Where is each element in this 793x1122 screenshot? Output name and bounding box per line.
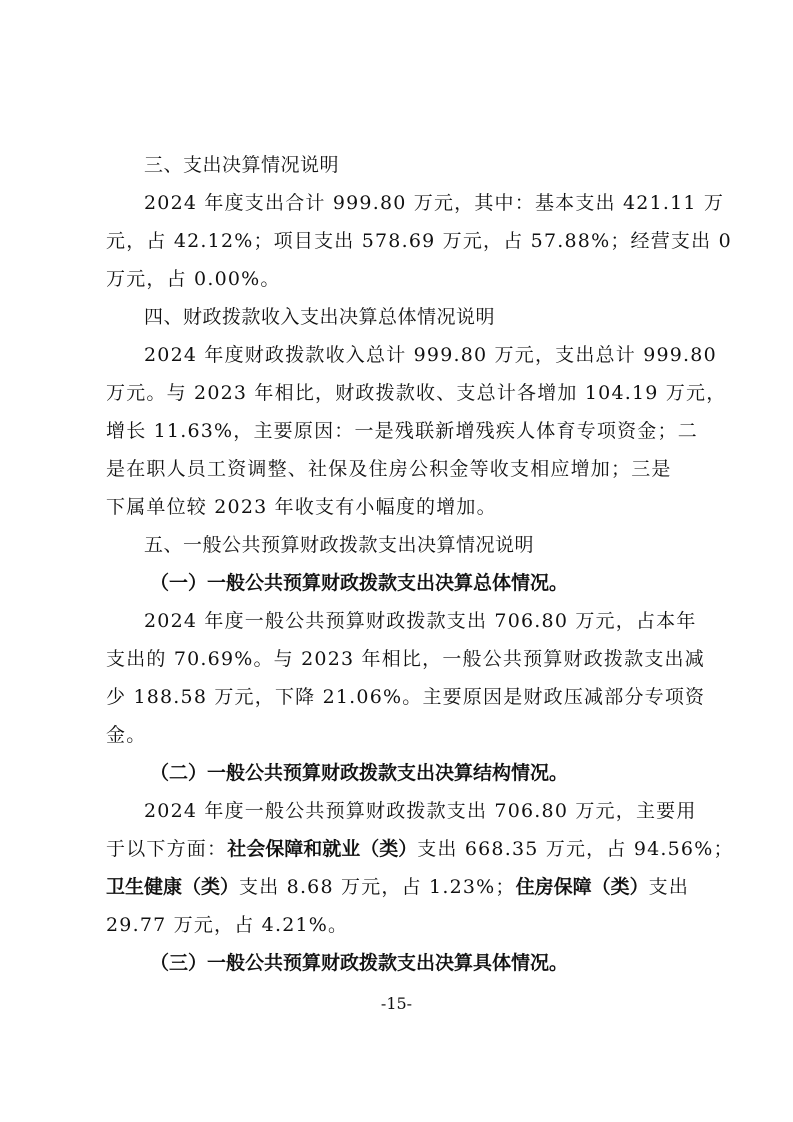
text-run: 支出 8.68 万元，占 1.23%； <box>239 876 516 898</box>
text-run: 于以下方面： <box>106 838 227 860</box>
paragraph-line: 2024 年度一般公共预算财政拨款支出 706.80 万元，主要用 <box>106 792 721 830</box>
paragraph-line: 29.77 万元，占 4.21%。 <box>106 906 721 944</box>
text-run: 支出 668.35 万元，占 94.56%； <box>417 838 733 860</box>
paragraph-line: 于以下方面：社会保障和就业（类）支出 668.35 万元，占 94.56%； <box>106 830 721 868</box>
paragraph-line: 支出的 70.69%。与 2023 年相比，一般公共预算财政拨款支出减 <box>106 640 721 678</box>
paragraph-line: 金。 <box>106 716 721 754</box>
paragraph-line: 少 188.58 万元，下降 21.06%。主要原因是财政压减部分专项资 <box>106 678 721 716</box>
paragraph-line: 是在职人员工资调整、社保及住房公积金等收支相应增加；三是 <box>106 450 721 488</box>
section-4-heading: 四、财政拨款收入支出决算总体情况说明 <box>106 298 721 336</box>
paragraph-line: 2024 年度财政拨款收入总计 999.80 万元，支出总计 999.80 <box>106 336 721 374</box>
paragraph-line: 元，占 42.12%；项目支出 578.69 万元，占 57.88%；经营支出 … <box>106 222 721 260</box>
paragraph-line: 万元。与 2023 年相比，财政拨款收、支总计各增加 104.19 万元， <box>106 374 721 412</box>
section-5-heading: 五、一般公共预算财政拨款支出决算情况说明 <box>106 526 721 564</box>
category-housing: 住房保障（类） <box>516 876 649 898</box>
category-social-security: 社会保障和就业（类） <box>227 838 417 860</box>
paragraph-line: 卫生健康（类）支出 8.68 万元，占 1.23%；住房保障（类）支出 <box>106 868 721 906</box>
paragraph-line: 2024 年度一般公共预算财政拨款支出 706.80 万元，占本年 <box>106 602 721 640</box>
section-5-1-heading: （一）一般公共预算财政拨款支出决算总体情况。 <box>106 564 721 602</box>
paragraph-line: 万元，占 0.00%。 <box>106 260 721 298</box>
paragraph-line: 下属单位较 2023 年收支有小幅度的增加。 <box>106 488 721 526</box>
section-5-2-heading: （二）一般公共预算财政拨款支出决算结构情况。 <box>106 754 721 792</box>
section-5-3-heading: （三）一般公共预算财政拨款支出决算具体情况。 <box>106 944 721 982</box>
section-5-1-paragraph: 2024 年度一般公共预算财政拨款支出 706.80 万元，占本年 支出的 70… <box>106 602 721 754</box>
section-3-heading: 三、支出决算情况说明 <box>106 146 721 184</box>
section-3-paragraph: 2024 年度支出合计 999.80 万元，其中：基本支出 421.11 万 元… <box>106 184 721 298</box>
section-5-2-paragraph: 2024 年度一般公共预算财政拨款支出 706.80 万元，主要用 于以下方面：… <box>106 792 721 944</box>
paragraph-line: 2024 年度支出合计 999.80 万元，其中：基本支出 421.11 万 <box>106 184 721 222</box>
paragraph-line: 增长 11.63%，主要原因：一是残联新增残疾人体育专项资金；二 <box>106 412 721 450</box>
category-health: 卫生健康（类） <box>106 876 239 898</box>
section-4-paragraph: 2024 年度财政拨款收入总计 999.80 万元，支出总计 999.80 万元… <box>106 336 721 526</box>
page-number: -15- <box>0 994 793 1013</box>
text-run: 支出 <box>649 876 689 898</box>
document-page: 三、支出决算情况说明 2024 年度支出合计 999.80 万元，其中：基本支出… <box>106 146 721 982</box>
